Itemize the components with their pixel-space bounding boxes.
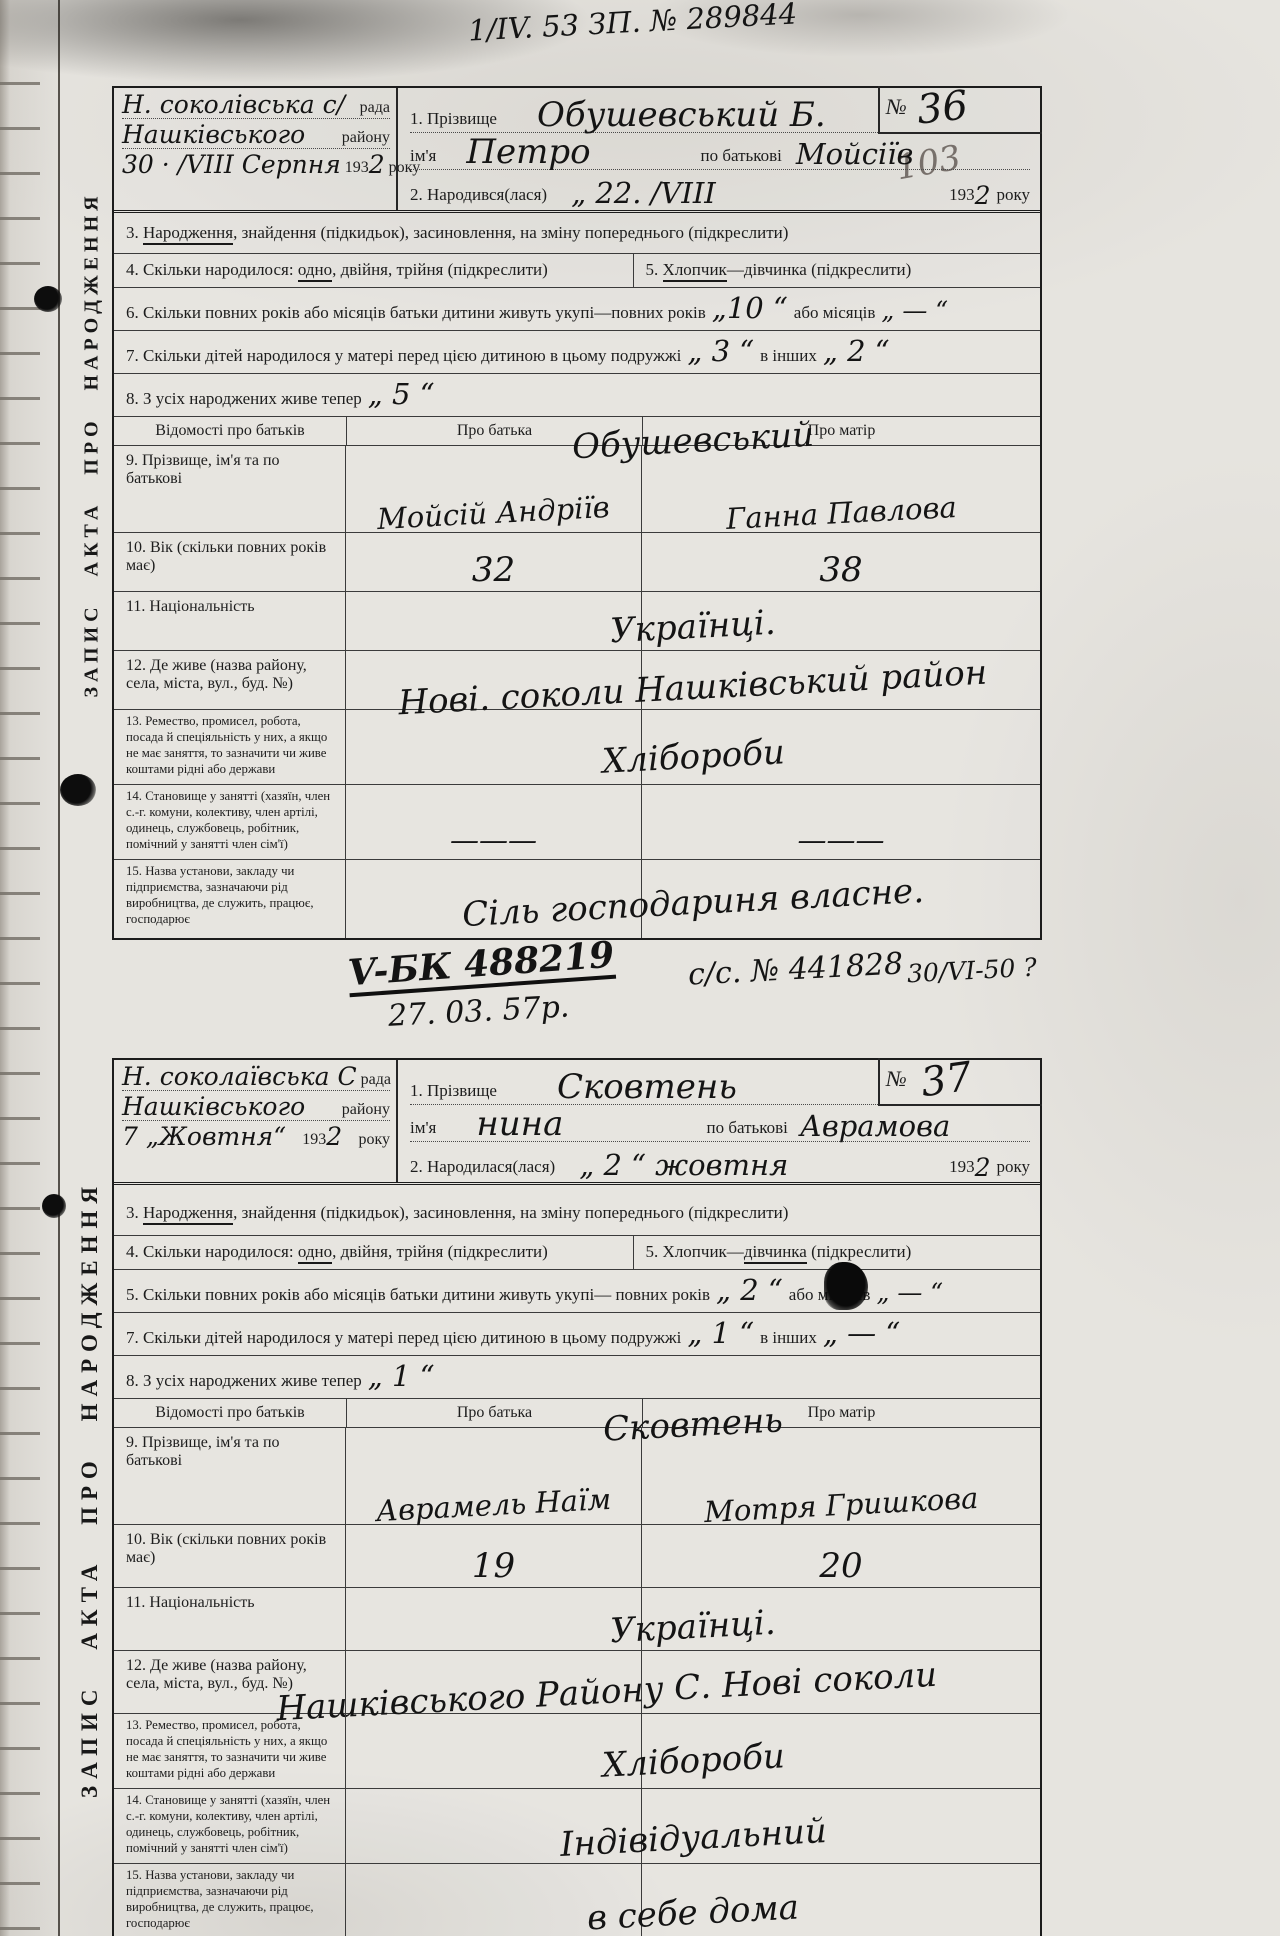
parents-info-header: Відомості про батьків	[114, 417, 346, 445]
birthyear-digit: 2	[975, 183, 991, 208]
child-identity-cell: 1. Прізвище Сковтень ім'я нина по батько…	[398, 1060, 1040, 1182]
record-number-value: 36	[915, 85, 970, 130]
district-handwritten: Нашківського	[122, 1094, 305, 1119]
row7-label: 7. Скільки дітей народилося у матері пер…	[126, 1328, 681, 1348]
birthdate-label: 2. Народилася(лася)	[410, 1155, 555, 1180]
row7-value-other: „ 2 “	[823, 337, 890, 366]
row15-label: 15. Назва установи, закладу чи підприємс…	[114, 1864, 346, 1936]
row4-post: , двійня, трійня (підкреслити)	[332, 1242, 548, 1261]
row7-mid: в інших	[760, 346, 817, 366]
row6-label: 5. Скільки повних років або місяців бать…	[126, 1285, 710, 1305]
row3-post: , знайдення (підкидьок), засиновлення, н…	[233, 223, 788, 242]
row3-pre: 3.	[126, 223, 143, 242]
row8-value: „ 5 “	[368, 380, 435, 409]
roku-label: року	[354, 1131, 390, 1149]
row5-post: (підкреслити)	[807, 1242, 911, 1261]
birthdate-label: 2. Народився(лася)	[410, 183, 547, 208]
birthdate-value: „ 2 “ жовтня	[555, 1151, 949, 1180]
birth-record-1: Н. соколівська с/рада Нашківськогорайону…	[112, 86, 1042, 940]
council-cell: Н. соколівська с/рада Нашківськогорайону…	[114, 88, 398, 210]
row-birth-type: 3. Народження, знайдення (підкидьок), за…	[114, 213, 1040, 254]
parent-row-residence: 12. Де живе (назва району, села, міста, …	[114, 651, 1040, 710]
row3-underlined: Народження	[143, 1203, 233, 1225]
roku-label: року	[996, 1155, 1030, 1180]
parent-row-nationality: 11. Національність Українці.	[114, 592, 1040, 651]
stamp-number: V-БК 488219	[347, 937, 616, 997]
births-count-cell: 4. Скільки народилося: одно, двійня, трі…	[114, 1236, 633, 1269]
row5-pre: 5.	[646, 260, 663, 279]
record-number-value: 37	[918, 1057, 974, 1104]
row5-underlined: Хлопчик	[663, 260, 727, 282]
row6-value-years: „10 “	[712, 294, 788, 323]
mother-age-value: 38	[819, 553, 862, 587]
punch-hole	[42, 1194, 66, 1218]
row7-mid: в інших	[760, 1328, 817, 1348]
row-birth-type: 3. Народження, знайдення (підкидьок), за…	[114, 1185, 1040, 1236]
birthdate-value: „ 22. /VIII	[547, 179, 949, 208]
number-sign: №	[886, 94, 907, 120]
record-1-header: Н. соколівська с/рада Нашківськогорайону…	[114, 88, 1040, 213]
margin-title-record-2: ЗАПИС АКТА ПРО НАРОДЖЕННЯ	[77, 1177, 103, 1801]
parents-table-header: Відомості про батьків Про батька Про мат…	[114, 1399, 1040, 1428]
scanned-birth-register-page: { "page": { "top_note": "1/IV. 53 ЗП. № …	[0, 0, 1280, 1936]
ruled-lines	[0, 40, 40, 1936]
mother-column-header: Про матір	[642, 1399, 1040, 1427]
ink-blot	[824, 1262, 868, 1310]
parents-table-header: Відомості про батьків Про батька Про мат…	[114, 417, 1040, 446]
mother-name-value: Ганна Павлова	[725, 493, 957, 534]
archive-stamp-center: V-БК 488219 27. 03. 57р.	[348, 946, 615, 1026]
parent-row-residence: 12. Де живе (назва району, села, міста, …	[114, 1651, 1040, 1714]
row10-label: 10. Вік (скільки повних років має)	[114, 533, 346, 591]
patronymic-label: по батькові	[700, 144, 781, 169]
mother-column-header: Про матір	[642, 417, 1040, 445]
patronymic-value: Мойсіїв	[782, 140, 1030, 169]
stamp2-number: с/с. № 441828	[687, 949, 904, 990]
row6-label: 6. Скільки повних років або місяців бать…	[126, 303, 706, 323]
parent-row-occupation: 13. Ремество, промисел, робота, посада й…	[114, 710, 1040, 785]
row11-label: 11. Національність	[114, 1588, 346, 1650]
surname-label: 1. Прізвище	[410, 107, 497, 132]
name-value: нина	[436, 1107, 706, 1141]
father-column-header: Про батька	[346, 1399, 642, 1427]
record-number-box: № 36	[878, 86, 1042, 134]
row10-label: 10. Вік (скільки повних років має)	[114, 1525, 346, 1587]
father-age-value: 32	[472, 553, 515, 587]
child-sex-cell: 5. Хлопчик—дівчинка (підкреслити)	[633, 254, 1040, 287]
row8-label: 8. З усіх народжених живе тепер	[126, 1371, 362, 1391]
patronymic-label: по батькові	[706, 1116, 787, 1141]
row4-post: , двійня, трійня (підкреслити)	[332, 260, 548, 279]
child-identity-cell: 1. Прізвище Обушевський Б. ім'я Петро по…	[398, 88, 1040, 210]
row4-underlined: одно	[298, 1242, 332, 1264]
year-print: 193	[341, 159, 369, 177]
birth-record-2: Н. соколаївська Срада Нашківськогорайону…	[112, 1058, 1042, 1936]
row12-label: 12. Де живе (назва району, села, міста, …	[114, 651, 346, 709]
record-date-handwritten: 7 „Жовтня“	[122, 1124, 286, 1149]
stamp-date: 27. 03. 57р.	[387, 990, 615, 1032]
row12-label: 12. Де живе (назва району, села, міста, …	[114, 1651, 346, 1713]
row5-post: —дівчинка (підкреслити)	[727, 260, 911, 279]
row9-label: 9. Прізвище, ім'я та по батькові	[114, 446, 346, 532]
council-cell: Н. соколаївська Срада Нашківськогорайону…	[114, 1060, 398, 1182]
row11-label: 11. Національність	[114, 592, 346, 650]
row13-label: 13. Ремество, промисел, робота, посада й…	[114, 710, 346, 784]
parent-row-workplace: 15. Назва установи, закладу чи підприємс…	[114, 860, 1040, 938]
row-children-alive: 8. З усіх народжених живе тепер „ 5 “	[114, 374, 1040, 417]
parent-row-names: 9. Прізвище, ім'я та по батькові Аврамел…	[114, 1428, 1040, 1525]
birthyear-print: 193	[949, 1155, 975, 1180]
row4-pre: 4. Скільки народилося:	[126, 1242, 298, 1261]
margin-title-record-1: ЗАПИС АКТА ПРО НАРОДЖЕННЯ	[81, 222, 104, 698]
council-label: рада	[356, 99, 390, 117]
top-annotation: 1/IV. 53 ЗП. № 289844	[467, 0, 797, 46]
birthyear-print: 193	[949, 183, 975, 208]
council-label: рада	[357, 1071, 391, 1089]
birthyear-digit: 2	[975, 1155, 991, 1180]
parent-row-occupation: 13. Ремество, промисел, робота, посада й…	[114, 1714, 1040, 1789]
father-name-value: Мойсій Андріїв	[377, 493, 611, 534]
row-children-before: 7. Скільки дітей народилося у матері пер…	[114, 331, 1040, 374]
row6-value-months: „ — “	[881, 298, 948, 323]
mother-status-value: ———	[798, 826, 885, 855]
row6-value-months: „ — “	[876, 1280, 943, 1305]
row8-value: „ 1 “	[368, 1362, 435, 1391]
stamp2-date: 30/VI-50 ?	[907, 955, 1038, 987]
number-sign: №	[886, 1066, 907, 1092]
father-status-value: ———	[450, 826, 537, 855]
row15-label: 15. Назва установи, закладу чи підприємс…	[114, 860, 346, 938]
parent-row-age: 10. Вік (скільки повних років має) 32 38	[114, 533, 1040, 592]
row-births-count-and-sex: 4. Скільки народилося: одно, двійня, трі…	[114, 1236, 1040, 1270]
row-births-count-and-sex: 4. Скільки народилося: одно, двійня, трі…	[114, 254, 1040, 288]
year-digit-handwritten: 2	[369, 152, 385, 177]
father-name-value: Аврамель Наїм	[375, 1485, 611, 1526]
row-children-alive: 8. З усіх народжених живе тепер „ 1 “	[114, 1356, 1040, 1399]
year-print: 193	[298, 1131, 326, 1149]
parent-row-nationality: 11. Національність Українці.	[114, 1588, 1040, 1651]
row5-underlined: дівчинка	[744, 1242, 807, 1264]
punch-hole	[34, 286, 62, 312]
parent-row-names: 9. Прізвище, ім'я та по батькові Мойсій …	[114, 446, 1040, 533]
row7-value-this-marriage: „ 1 “	[687, 1319, 754, 1348]
parent-row-employment-status: 14. Становище у занятті (хазяїн, член с.…	[114, 1789, 1040, 1864]
row-years-together: 6. Скільки повних років або місяців бать…	[114, 288, 1040, 331]
punch-hole	[60, 774, 96, 806]
district-handwritten: Нашківського	[122, 122, 305, 147]
council-name-handwritten: Н. соколівська с/	[122, 92, 345, 117]
roku-label: року	[996, 183, 1030, 208]
record-number-box: № 37	[878, 1058, 1042, 1106]
row4-pre: 4. Скільки народилося:	[126, 260, 298, 279]
surname-label: 1. Прізвище	[410, 1079, 497, 1104]
row7-label: 7. Скільки дітей народилося у матері пер…	[126, 346, 681, 366]
row3-pre: 3.	[126, 1203, 143, 1222]
row3-underlined: Народження	[143, 223, 233, 245]
father-column-header: Про батька	[346, 417, 642, 445]
record-date-handwritten: 30 · /VIII Серпня	[122, 152, 341, 177]
row-children-before: 7. Скільки дітей народилося у матері пер…	[114, 1313, 1040, 1356]
row8-label: 8. З усіх народжених живе тепер	[126, 389, 362, 409]
archive-stamp-right: с/с. № 441828 30/VI-50 ?	[688, 952, 1097, 985]
district-label: району	[338, 1101, 390, 1119]
name-value: Петро	[436, 135, 700, 169]
parent-row-age: 10. Вік (скільки повних років має) 19 20	[114, 1525, 1040, 1588]
council-name-handwritten: Н. соколаївська С	[122, 1064, 357, 1089]
father-age-value: 19	[472, 1549, 515, 1583]
row6-mid: або місяців	[794, 303, 876, 323]
name-label: ім'я	[410, 1116, 436, 1141]
row-years-together: 5. Скільки повних років або місяців бать…	[114, 1270, 1040, 1313]
row5-pre: 5. Хлопчик—	[646, 1242, 744, 1261]
year-digit-handwritten: 2	[326, 1124, 342, 1149]
parents-info-header: Відомості про батьків	[114, 1399, 346, 1427]
mother-name-value: Мотря Гришкова	[703, 1484, 979, 1527]
row9-label: 9. Прізвище, ім'я та по батькові	[114, 1428, 346, 1524]
row6-value-years: „ 2 “	[716, 1276, 783, 1305]
record-2-header: Н. соколаївська Срада Нашківськогорайону…	[114, 1060, 1040, 1185]
row4-underlined: одно	[298, 260, 332, 282]
parent-row-employment-status: 14. Становище у занятті (хазяїн, член с.…	[114, 785, 1040, 860]
patronymic-value: Аврамова	[788, 1112, 1030, 1141]
row14-label: 14. Становище у занятті (хазяїн, член с.…	[114, 1789, 346, 1863]
parent-row-workplace: 15. Назва установи, закладу чи підприємс…	[114, 1864, 1040, 1936]
row7-value-other: „ — “	[823, 1319, 900, 1348]
district-label: району	[338, 129, 390, 147]
name-label: ім'я	[410, 144, 436, 169]
row13-label: 13. Ремество, промисел, робота, посада й…	[114, 1714, 346, 1788]
row7-value-this-marriage: „ 3 “	[687, 337, 754, 366]
mother-age-value: 20	[819, 1549, 862, 1583]
row3-post: , знайдення (підкидьок), засиновлення, н…	[233, 1203, 788, 1222]
births-count-cell: 4. Скільки народилося: одно, двійня, трі…	[114, 254, 633, 287]
row14-label: 14. Становище у занятті (хазяїн, член с.…	[114, 785, 346, 859]
